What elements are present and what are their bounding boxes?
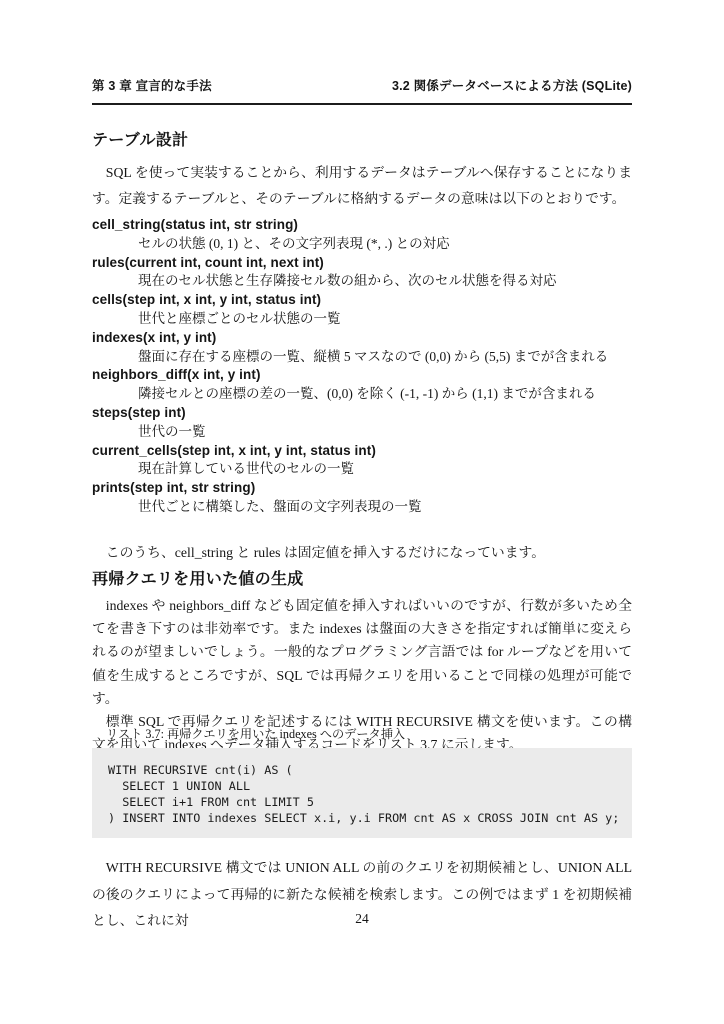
running-header: 第 3 章 宣言的な手法 3.2 関係データベースによる方法 (SQLite) [92,79,632,105]
header-section-title: 3.2 関係データベースによる方法 (SQLite) [392,79,632,95]
definition-description: 世代と座標ごとのセル状態の一覧 [138,310,632,329]
definition-term: neighbors_diff(x int, y int) [92,366,632,385]
definition-term: current_cells(step int, x int, y int, st… [92,442,632,461]
definition-description: セルの状態 (0, 1) と、その文字列表現 (*, .) との対応 [138,235,632,254]
definition-description: 現在計算している世代のセルの一覧 [138,460,632,479]
definition-term: prints(step int, str string) [92,479,632,498]
code-line: SELECT 1 UNION ALL [108,778,616,794]
header-chapter-title: 第 3 章 宣言的な手法 [92,79,212,95]
definition-description: 世代の一覧 [138,423,632,442]
note-paragraph: このうち、cell_string と rules は固定値を挿入するだけになって… [92,540,632,565]
heading-recursive-query: 再帰クエリを用いた値の生成 [92,570,632,589]
definition-description: 盤面に存在する座標の一覧、縦横 5 マスなので (0,0) から (5,5) ま… [138,348,632,367]
page-number: 24 [92,911,632,927]
code-line: WITH RECURSIVE cnt(i) AS ( [108,762,616,778]
definition-term: cell_string(status int, str string) [92,216,632,235]
definition-description: 現在のセル状態と生存隣接セル数の組から、次のセル状態を得る対応 [138,272,632,291]
definition-term: steps(step int) [92,404,632,423]
definition-term: cells(step int, x int, y int, status int… [92,291,632,310]
definition-term: rules(current int, count int, next int) [92,254,632,273]
table-definition-list: cell_string(status int, str string) セルの状… [92,216,632,517]
intro-paragraph: SQL を使って実装することから、利用するデータはテーブルへ保存することになりま… [92,160,632,212]
definition-term: indexes(x int, y int) [92,329,632,348]
heading-table-design: テーブル設計 [92,131,632,150]
definition-description: 隣接セルとの座標の差の一覧、(0,0) を除く (-1, -1) から (1,1… [138,385,632,404]
code-line: SELECT i+1 FROM cnt LIMIT 5 [108,794,616,810]
recursive-paragraph-1: indexes や neighbors_diff なども固定値を挿入すればいいの… [92,594,632,710]
page-content: 第 3 章 宣言的な手法 3.2 関係データベースによる方法 (SQLite) … [92,0,632,1024]
definition-description: 世代ごとに構築した、盤面の文字列表現の一覧 [138,498,632,517]
listing-caption: リスト 3.7: 再帰クエリを用いた indexes へのデータ挿入 [106,727,632,742]
sql-code-block: WITH RECURSIVE cnt(i) AS ( SELECT 1 UNIO… [92,748,632,838]
document-page: 第 3 章 宣言的な手法 3.2 関係データベースによる方法 (SQLite) … [0,0,724,1024]
code-line: ) INSERT INTO indexes SELECT x.i, y.i FR… [108,810,616,826]
